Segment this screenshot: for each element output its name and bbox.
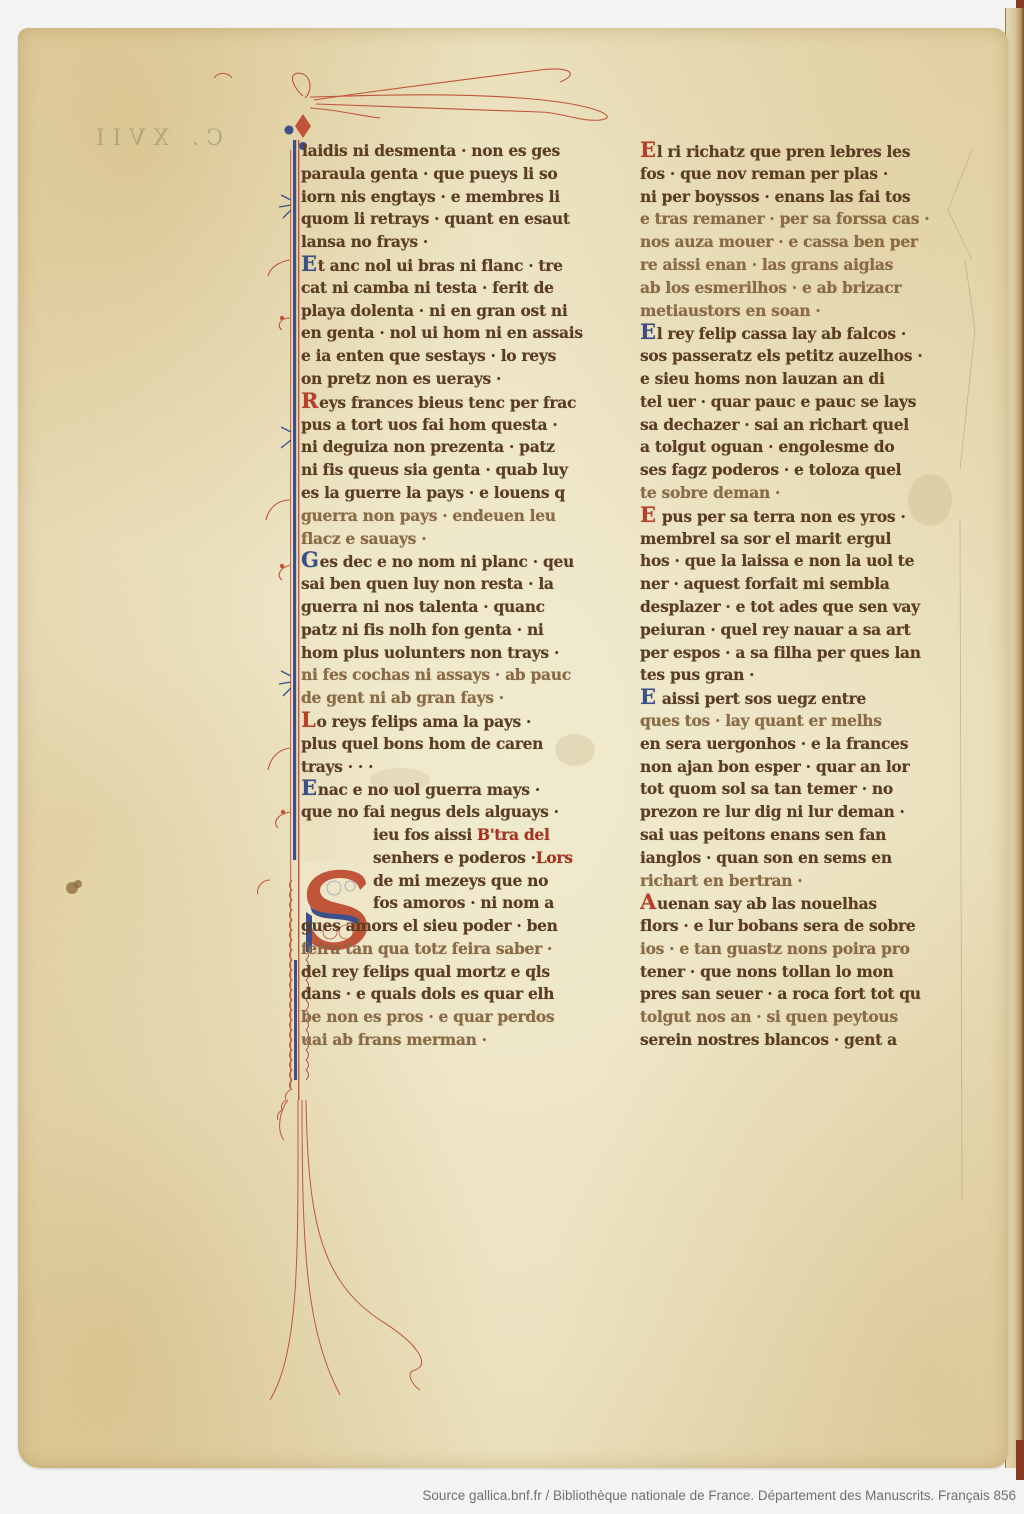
initial-letter: E — [640, 505, 656, 525]
text-line: gues amors el sieu poder · ben — [301, 915, 611, 938]
text-line: e tras remaner · per sa forssa cas · — [640, 208, 940, 231]
text-line: flacz e sauays · — [301, 528, 611, 551]
text-line: e ia enten que sestays · lo reys — [301, 345, 611, 368]
text-line: tener · que nons tollan lo mon — [640, 961, 940, 984]
text-line: dans · e quals dols es quar elh — [301, 983, 611, 1006]
rubric-text: B'tra del — [477, 825, 550, 844]
text-line: guerra ni nos talenta · quanc — [301, 596, 611, 619]
text-line: tot quom sol sa tan temer · no — [640, 778, 940, 801]
text-line: ner · aquest forfait mi sembla — [640, 573, 940, 596]
text-line: tes pus gran · — [640, 664, 940, 687]
text-line: ses fagz poderos · e toloza quel — [640, 459, 940, 482]
text-line: laidis ni desmenta · non es ges — [301, 140, 611, 163]
text-line: ab los esmerilhos · e ab brizacr — [640, 277, 940, 300]
text-line: sa dechazer · sai an richart quel — [640, 414, 940, 437]
initial-letter: G — [301, 550, 319, 570]
text-line: on pretz non es uerays · — [301, 368, 611, 391]
text-line: peiuran · quel rey nauar a sa art — [640, 619, 940, 642]
text-line: quom li retrays · quant en esaut — [301, 208, 611, 231]
initial-letter: L — [301, 710, 315, 730]
stanza-start-line: Enac e no uol guerra mays · — [301, 778, 611, 801]
text-line: richart en bertran · — [640, 870, 940, 893]
text-line: flors · e lur bobans sera de sobre — [640, 915, 940, 938]
text-line: pres san seuer · a roca fort tot qu — [640, 983, 940, 1006]
initial-letter: E — [301, 254, 317, 274]
text-line: del rey felips qual mortz e qls — [301, 961, 611, 984]
text-line: ni fis queus sia genta · quab luy — [301, 459, 611, 482]
text-line: de mi mezeys que no — [301, 870, 611, 893]
text-line: lansa no frays · — [301, 231, 611, 254]
text-line: desplazer · e tot ades que sen vay — [640, 596, 940, 619]
text-line: metiaustors en soan · — [640, 300, 940, 323]
text-line: prezon re lur dig ni lur deman · — [640, 801, 940, 824]
stanza-start-line: Auenan say ab las nouelhas — [640, 892, 940, 915]
stanza-start-line: El rey felip cassa lay ab falcos · — [640, 322, 940, 345]
source-credit: Source gallica.bnf.fr / Bibliothèque nat… — [422, 1488, 1016, 1503]
text-line: ianglos · quan son en sems en — [640, 847, 940, 870]
text-line: te sobre deman · — [640, 482, 940, 505]
text-line: sai ben quen luy non resta · la — [301, 573, 611, 596]
initial-letter: A — [640, 892, 656, 912]
text-line: hos · que la laissa e non la uol te — [640, 550, 940, 573]
initial-letter: E — [640, 322, 656, 342]
text-line: es la guerre la pays · e louens q — [301, 482, 611, 505]
text-line: e sieu homs non lauzan an di — [640, 368, 940, 391]
initial-letter: E — [640, 687, 656, 707]
text-line: be non es pros · e quar perdos — [301, 1006, 611, 1029]
text-line: que no fai negus dels alguays · — [301, 801, 611, 824]
text-line: ni fes cochas ni assays · ab pauc — [301, 664, 611, 687]
text-line: fos amoros · ni nom a — [301, 892, 611, 915]
initial-letter: E — [640, 140, 656, 160]
stanza-start-line: Et anc nol ui bras ni flanc · tre — [301, 254, 611, 277]
text-line: uai ab frans merman · — [301, 1029, 611, 1052]
text-line: hom plus uolunters non trays · — [301, 642, 611, 665]
text-line: fos · que nov reman per plas · — [640, 163, 940, 186]
text-line: feira tan qua totz feira saber · — [301, 938, 611, 961]
text-line: plus quel bons hom de caren — [301, 733, 611, 756]
text-line: sos passeratz els petitz auzelhos · — [640, 345, 940, 368]
text-line: ques tos · lay quant er melhs — [640, 710, 940, 733]
stanza-start-line: Ges dec e no nom ni planc · qeu — [301, 550, 611, 573]
rubric-text: Lors — [536, 848, 573, 867]
text-line: nos auza mouer · e cassa ben per — [640, 231, 940, 254]
stanza-start-line: El ri richatz que pren lebres les — [640, 140, 940, 163]
stanza-start-line: Lo reys felips ama la pays · — [301, 710, 611, 733]
text-line: patz ni fis nolh fon genta · ni — [301, 619, 611, 642]
text-line: serein nostres blancos · gent a — [640, 1029, 940, 1052]
stanza-start-line: E aissi pert sos uegz entre — [640, 687, 940, 710]
stanza-start-line: E pus per sa terra non es yros · — [640, 505, 940, 528]
text-line: senhers e poderos ·Lors — [301, 847, 611, 870]
binding-leather-bottom — [1016, 1440, 1024, 1480]
stanza-start-line: Reys frances bieus tenc per frac — [301, 391, 611, 414]
text-line: pus a tort uos fai hom questa · — [301, 414, 611, 437]
text-line: trays · · · — [301, 756, 611, 779]
text-line: a tolgut oguan · engolesme do — [640, 436, 940, 459]
text-line: en genta · nol ui hom ni en assais — [301, 322, 611, 345]
text-line: re aissi enan · las grans aiglas — [640, 254, 940, 277]
text-line: iorn nis engtays · e membres li — [301, 186, 611, 209]
text-line: en sera uergonhos · e la frances — [640, 733, 940, 756]
text-line: tolgut nos an · si quen peytous — [640, 1006, 940, 1029]
text-line: ni per boyssos · enans las fai tos — [640, 186, 940, 209]
text-line: guerra non pays · endeuen leu — [301, 505, 611, 528]
text-line: ios · e tan guastz nons poira pro — [640, 938, 940, 961]
text-line: per espos · a sa filha per ques lan — [640, 642, 940, 665]
text-column-right: El ri richatz que pren lebres les fos · … — [640, 140, 940, 1052]
initial-letter: E — [301, 778, 317, 798]
text-line: ieu fos aissi B'tra del — [301, 824, 611, 847]
text-line: playa dolenta · ni en gran ost ni — [301, 300, 611, 323]
initial-letter: R — [301, 391, 318, 411]
text-line: tel uer · quar pauc e pauc se lays — [640, 391, 940, 414]
text-line: cat ni camba ni testa · ferit de — [301, 277, 611, 300]
folio-number-showthrough: C. XVII — [88, 126, 223, 151]
text-line: ni deguiza non prezenta · patz — [301, 436, 611, 459]
text-line: paraula genta · que pueys li so — [301, 163, 611, 186]
text-line: non ajan bon esper · quar an lor — [640, 756, 940, 779]
text-line: membrel sa sor el marit ergul — [640, 528, 940, 551]
text-line: sai uas peitons enans sen fan — [640, 824, 940, 847]
text-column-left: laidis ni desmenta · non es ges paraula … — [301, 140, 611, 1052]
manuscript-viewer: C. XVII — [0, 0, 1024, 1480]
text-line: de gent ni ab gran fays · — [301, 687, 611, 710]
